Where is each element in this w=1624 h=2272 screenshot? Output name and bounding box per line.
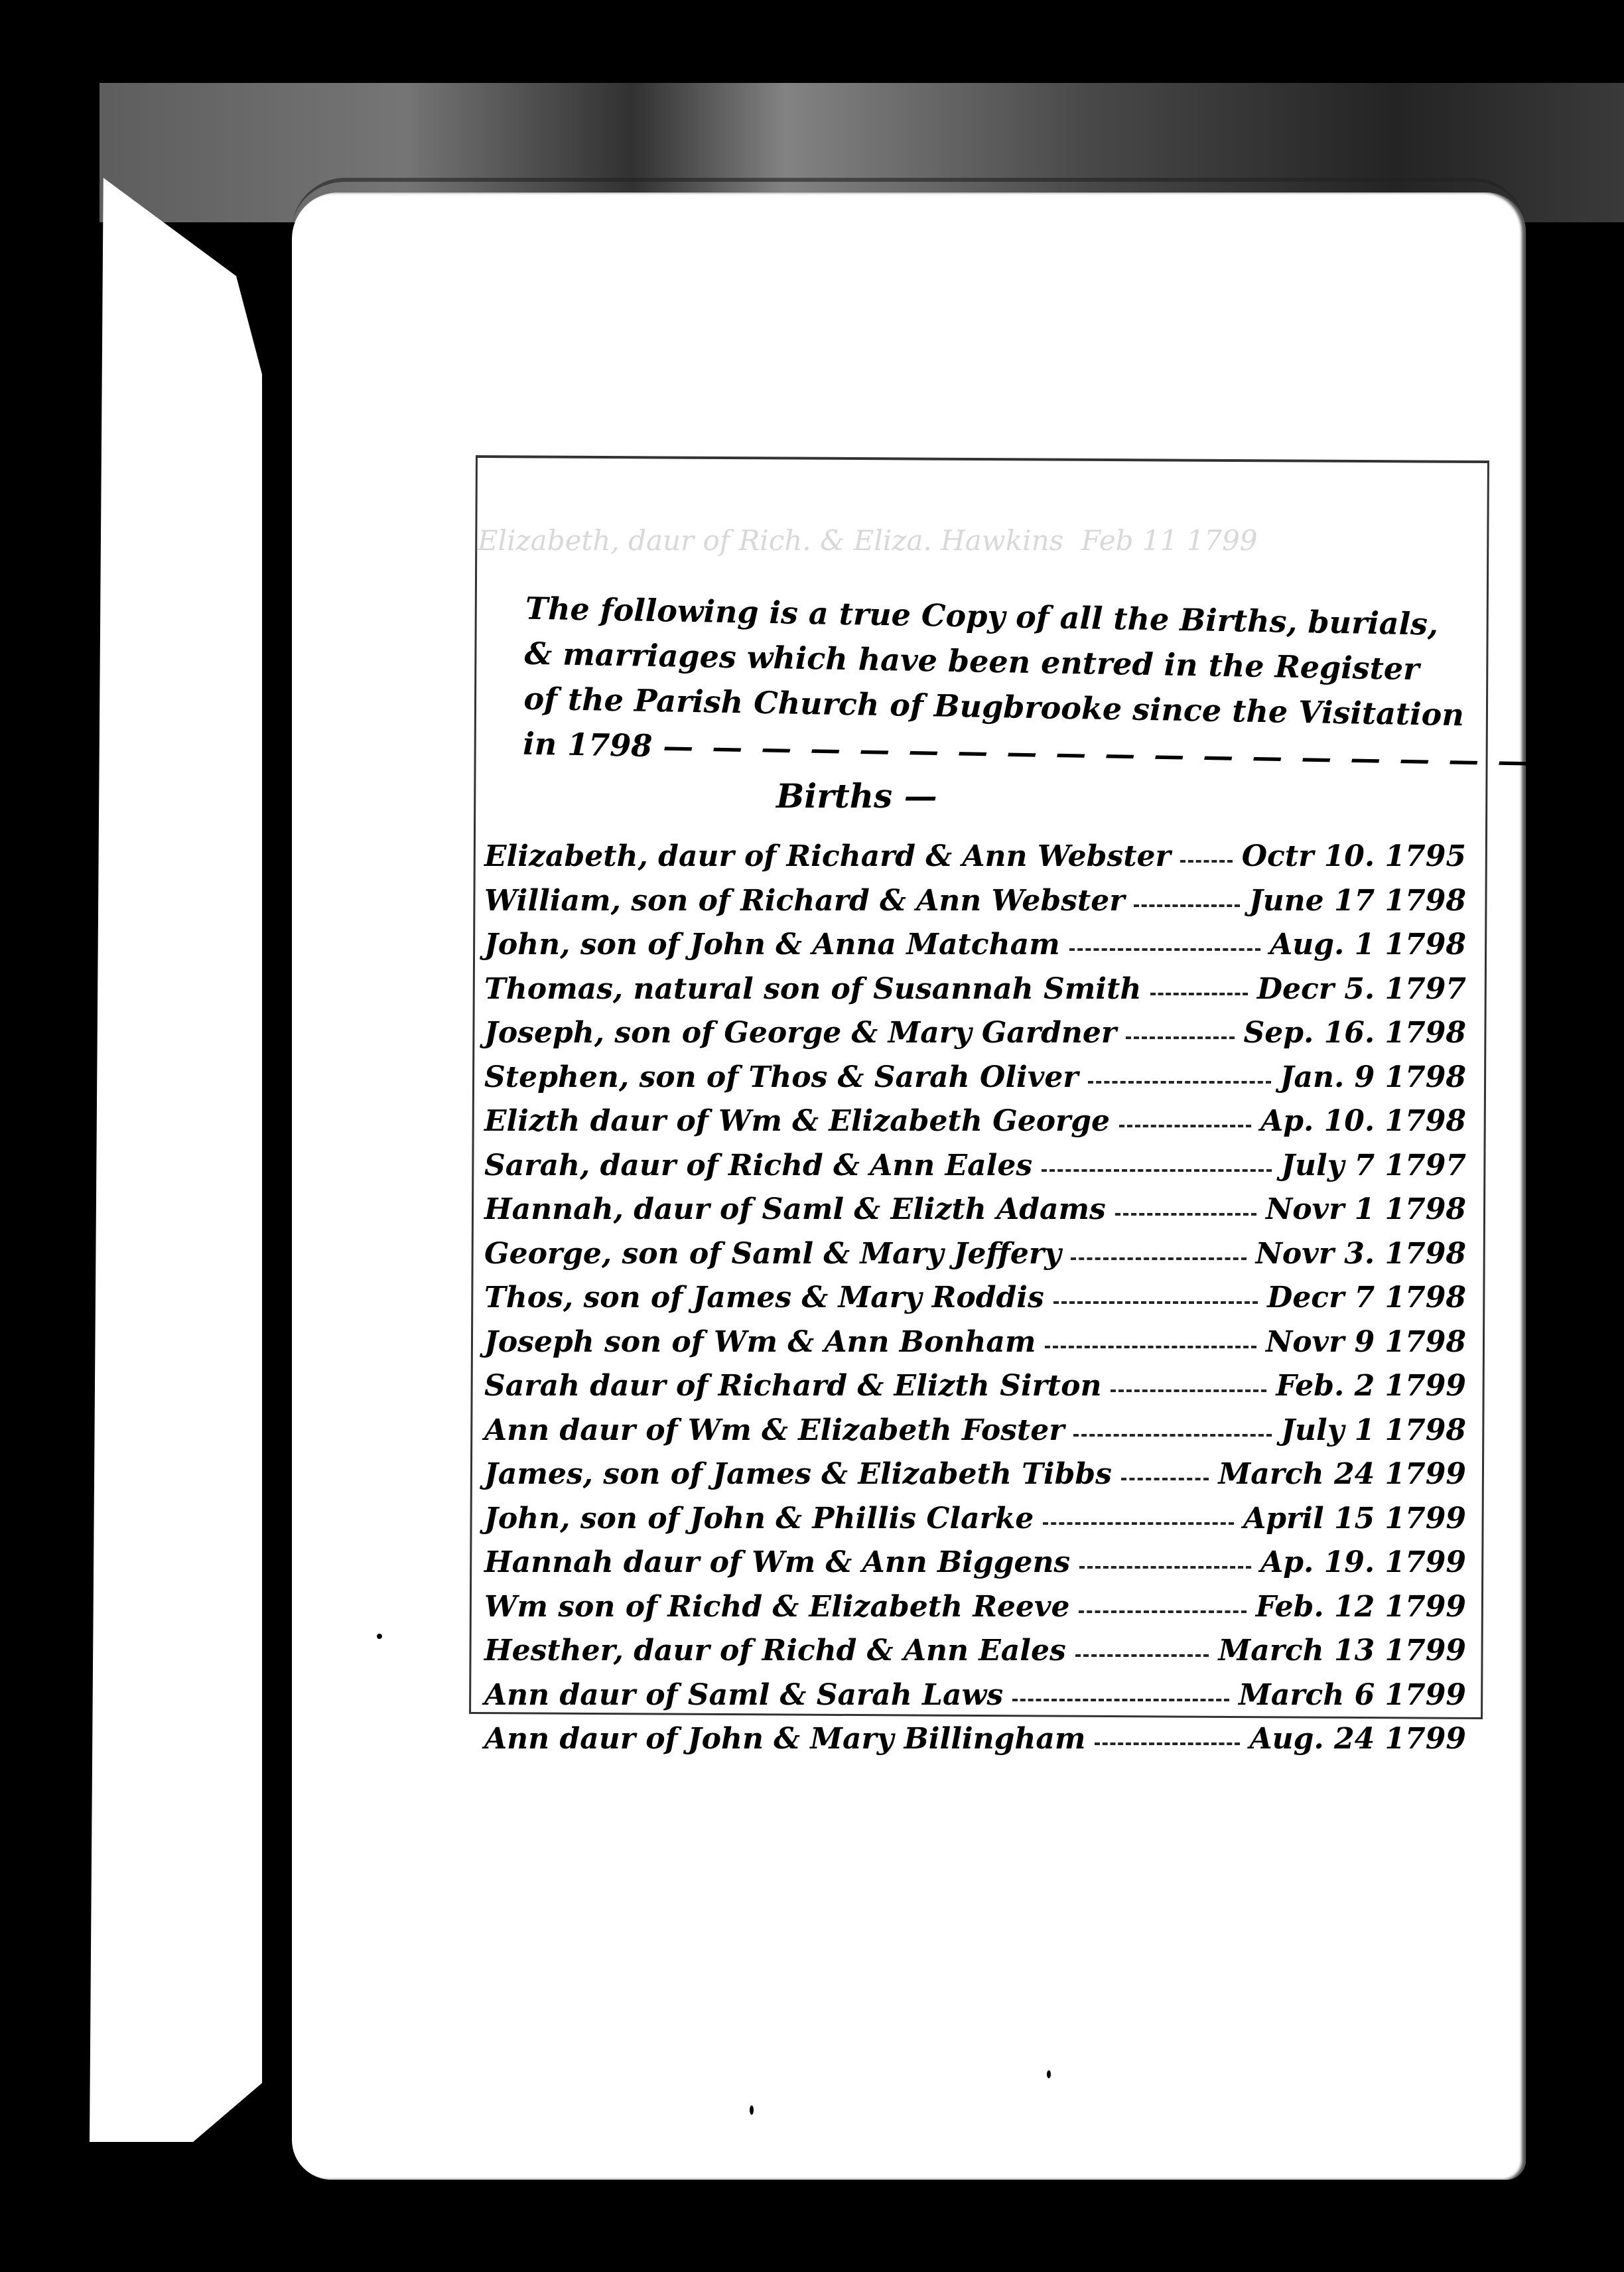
birth-entry-text: Thomas, natural son of Susannah Smith bbox=[484, 972, 1141, 1006]
dash-leader bbox=[1126, 1036, 1234, 1039]
film-speck bbox=[750, 2105, 754, 2115]
birth-entry: Thos, son of James & Mary RoddisDecr 7 1… bbox=[484, 1281, 1466, 1325]
dash-leader bbox=[1119, 1125, 1251, 1127]
dash-leader bbox=[1043, 1522, 1234, 1525]
birth-entry-text: Wm son of Richd & Elizabeth Reeve bbox=[484, 1590, 1069, 1624]
dash-leader bbox=[1045, 1346, 1256, 1348]
birth-entry: James, son of James & Elizabeth TibbsMar… bbox=[484, 1457, 1466, 1502]
dash-leader bbox=[1012, 1699, 1229, 1701]
birth-date: Ap. 10. 1798 bbox=[1260, 1104, 1466, 1138]
birth-entry: William, son of Richard & Ann WebsterJun… bbox=[484, 884, 1466, 928]
film-speck bbox=[1047, 2070, 1051, 2078]
birth-entry: John, son of John & Phillis ClarkeApril … bbox=[484, 1502, 1466, 1546]
birth-entry: Hesther, daur of Richd & Ann EalesMarch … bbox=[484, 1634, 1466, 1678]
dash-leader bbox=[1053, 1301, 1258, 1304]
birth-entry-text: Joseph, son of George & Mary Gardner bbox=[484, 1016, 1116, 1050]
birth-date: Decr 5. 1797 bbox=[1257, 972, 1466, 1006]
dash-leader bbox=[1111, 1389, 1266, 1392]
birth-entry: Elizabeth, daur of Richard & Ann Webster… bbox=[484, 839, 1466, 884]
birth-entry: Ann daur of John & Mary BillinghamAug. 2… bbox=[484, 1722, 1466, 1766]
dash-leader bbox=[1180, 860, 1233, 863]
birth-entry: John, son of John & Anna MatchamAug. 1 1… bbox=[484, 928, 1466, 972]
birth-entry: Stephen, son of Thos & Sarah OliverJan. … bbox=[484, 1060, 1466, 1105]
birth-date: Novr 3. 1798 bbox=[1256, 1237, 1466, 1271]
birth-entry-text: Ann daur of Saml & Sarah Laws bbox=[484, 1678, 1003, 1712]
birth-date: July 1 1798 bbox=[1281, 1413, 1466, 1447]
birth-date: March 13 1799 bbox=[1218, 1634, 1466, 1668]
page-top-edge bbox=[292, 178, 1526, 261]
birth-entry: Ann daur of Saml & Sarah LawsMarch 6 179… bbox=[484, 1678, 1466, 1723]
birth-entry-text: Sarah, daur of Richd & Ann Eales bbox=[484, 1149, 1032, 1182]
birth-entry-text: Joseph son of Wm & Ann Bonham bbox=[484, 1325, 1036, 1359]
birth-entry-text: Hannah, daur of Saml & Elizth Adams bbox=[484, 1192, 1106, 1226]
dash-leader bbox=[1075, 1654, 1209, 1657]
birth-date: Decr 7 1798 bbox=[1267, 1281, 1466, 1314]
birth-date: Sep. 16. 1798 bbox=[1244, 1016, 1467, 1050]
birth-date: June 17 1798 bbox=[1249, 884, 1466, 918]
birth-entry: Hannah, daur of Saml & Elizth AdamsNovr … bbox=[484, 1192, 1466, 1237]
birth-entry-text: Elizabeth, daur of Richard & Ann Webster bbox=[484, 839, 1171, 873]
birth-entry-text: Thos, son of James & Mary Roddis bbox=[484, 1281, 1044, 1314]
birth-date: Jan. 9 1798 bbox=[1280, 1060, 1466, 1094]
birth-entry-text: Stephen, son of Thos & Sarah Oliver bbox=[484, 1060, 1079, 1094]
birth-date: Novr 1 1798 bbox=[1266, 1192, 1466, 1226]
dash-leader bbox=[1150, 993, 1248, 995]
dash-leader bbox=[1095, 1742, 1240, 1745]
birth-date: Octr 10. 1795 bbox=[1242, 839, 1466, 873]
dash-leader bbox=[1088, 1081, 1271, 1084]
birth-entry-text: George, son of Saml & Mary Jeffery bbox=[484, 1237, 1061, 1271]
birth-entry: Sarah daur of Richard & Elizth SirtonFeb… bbox=[484, 1369, 1466, 1413]
births-list: Elizabeth, daur of Richard & Ann Webster… bbox=[484, 839, 1466, 1766]
birth-entry: Hannah daur of Wm & Ann BiggensAp. 19. 1… bbox=[484, 1545, 1466, 1590]
dash-leader bbox=[1073, 1434, 1272, 1437]
birth-date: Novr 9 1798 bbox=[1266, 1325, 1466, 1359]
dash-leader bbox=[1115, 1213, 1256, 1216]
dash-leader bbox=[1071, 1257, 1247, 1260]
preamble-paragraph: The following is a true Copy of all the … bbox=[523, 586, 1468, 783]
dash-leader bbox=[1079, 1610, 1246, 1613]
birth-entry-text: Ann daur of John & Mary Billingham bbox=[484, 1722, 1085, 1756]
birth-entry: Ann daur of Wm & Elizabeth FosterJuly 1 … bbox=[484, 1413, 1466, 1458]
birth-entry: Wm son of Richd & Elizabeth ReeveFeb. 12… bbox=[484, 1590, 1466, 1634]
birth-entry-text: William, son of Richard & Ann Webster bbox=[484, 884, 1124, 918]
birth-date: Aug. 24 1799 bbox=[1249, 1722, 1466, 1756]
birth-entry-text: John, son of John & Phillis Clarke bbox=[484, 1502, 1034, 1535]
birth-date: March 24 1799 bbox=[1218, 1457, 1466, 1491]
film-speck bbox=[377, 1634, 382, 1639]
birth-date: March 6 1799 bbox=[1239, 1678, 1466, 1712]
birth-entry-text: Hannah daur of Wm & Ann Biggens bbox=[484, 1545, 1070, 1579]
birth-date: July 7 1797 bbox=[1281, 1149, 1466, 1182]
birth-date: Aug. 1 1798 bbox=[1270, 928, 1466, 961]
birth-date: Feb. 2 1799 bbox=[1276, 1369, 1466, 1403]
section-heading-births: Births — bbox=[776, 776, 937, 816]
birth-date: April 15 1799 bbox=[1243, 1502, 1466, 1535]
facing-page-edge bbox=[90, 178, 262, 2142]
birth-entry-text: Hesther, daur of Richd & Ann Eales bbox=[484, 1634, 1066, 1668]
dash-leader bbox=[1121, 1478, 1209, 1480]
birth-entry: Elizth daur of Wm & Elizabeth GeorgeAp. … bbox=[484, 1104, 1466, 1149]
birth-entry: George, son of Saml & Mary JefferyNovr 3… bbox=[484, 1237, 1466, 1281]
birth-date: Ap. 19. 1799 bbox=[1260, 1545, 1466, 1579]
birth-entry: Sarah, daur of Richd & Ann EalesJuly 7 1… bbox=[484, 1149, 1466, 1193]
birth-entry: Joseph, son of George & Mary GardnerSep.… bbox=[484, 1016, 1466, 1060]
birth-entry-text: Elizth daur of Wm & Elizabeth George bbox=[484, 1104, 1110, 1138]
dash-leader bbox=[1069, 948, 1260, 951]
birth-entry-text: Sarah daur of Richard & Elizth Sirton bbox=[484, 1369, 1101, 1403]
birth-date: Feb. 12 1799 bbox=[1256, 1590, 1466, 1624]
dash-leader bbox=[1134, 904, 1239, 907]
dash-leader bbox=[1079, 1566, 1251, 1569]
birth-entry-text: Ann daur of Wm & Elizabeth Foster bbox=[484, 1413, 1064, 1447]
birth-entry-text: John, son of John & Anna Matcham bbox=[484, 928, 1060, 961]
preamble-year-line: in 1798 bbox=[523, 726, 653, 764]
birth-entry-text: James, son of James & Elizabeth Tibbs bbox=[484, 1457, 1112, 1491]
dash-leader bbox=[1042, 1169, 1272, 1172]
birth-entry: Joseph son of Wm & Ann BonhamNovr 9 1798 bbox=[484, 1325, 1466, 1370]
birth-entry: Thomas, natural son of Susannah SmithDec… bbox=[484, 972, 1466, 1017]
